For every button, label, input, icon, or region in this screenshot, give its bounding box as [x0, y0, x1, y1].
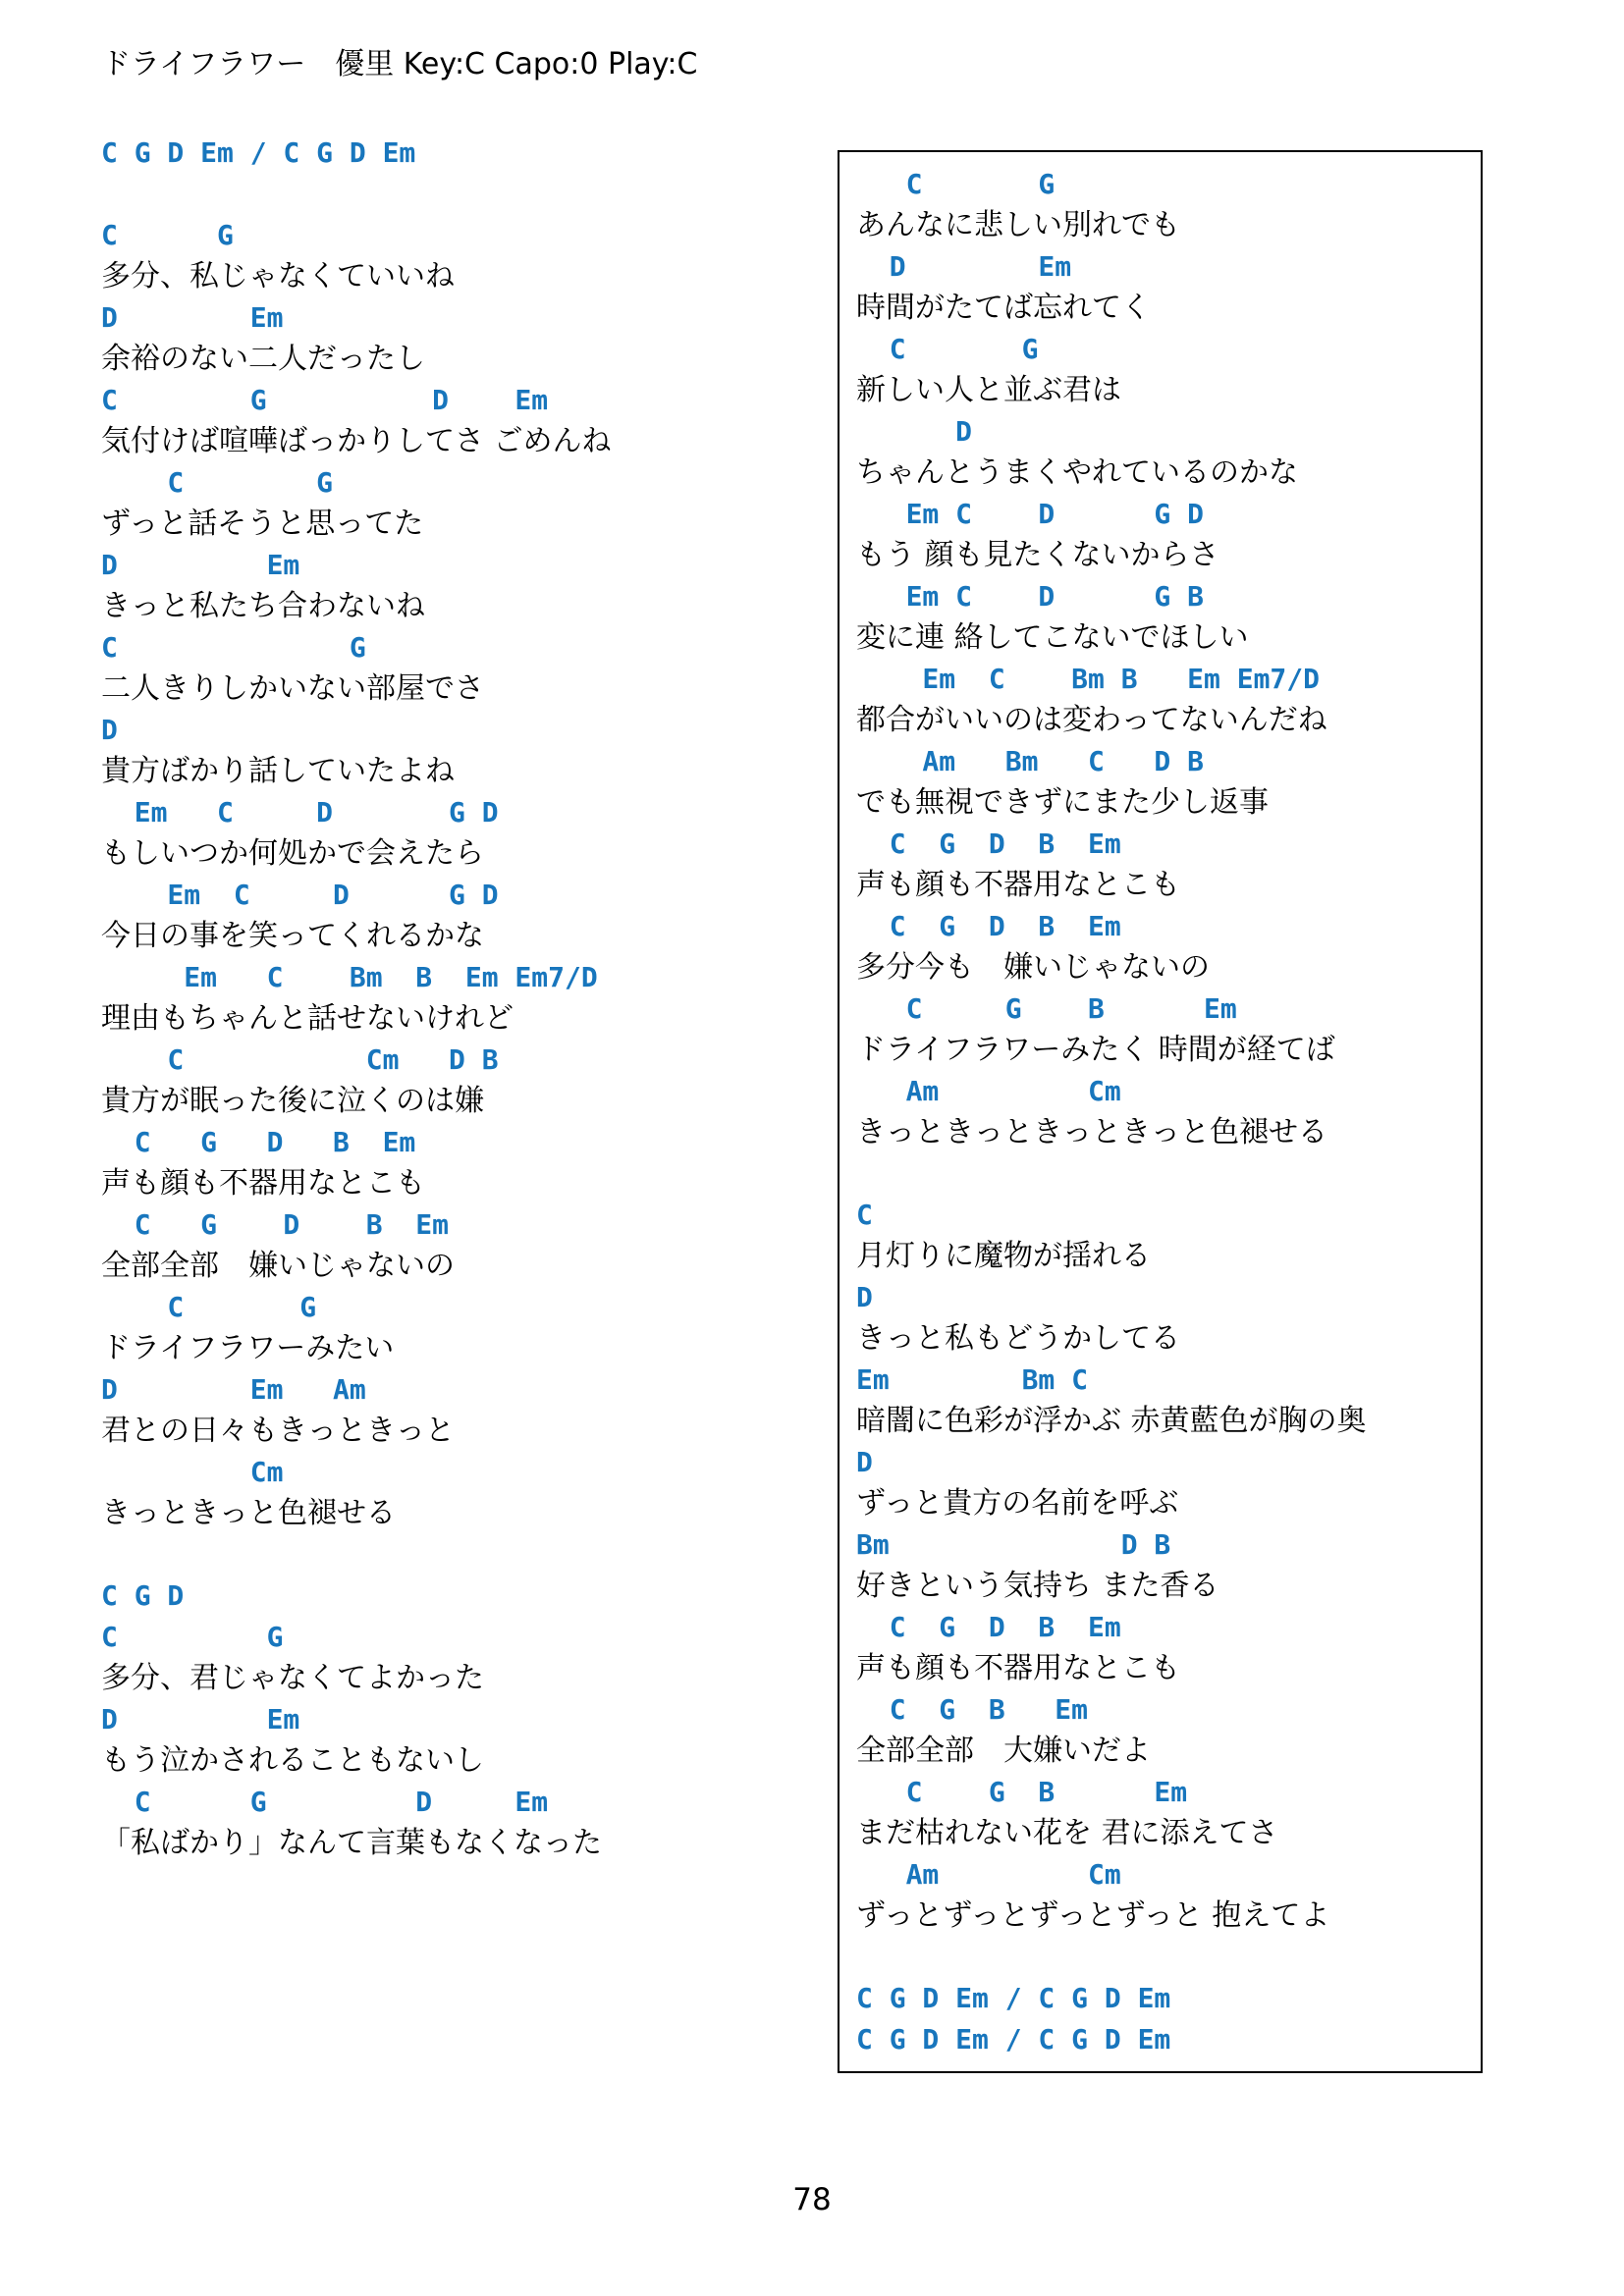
- chord-line: C G: [856, 164, 1465, 205]
- lyric-line: 「私ばかり」なんて言葉もなくなった: [101, 1823, 788, 1864]
- blank-line: [101, 1534, 788, 1575]
- lyric-line: 余裕のない二人だったし: [101, 339, 788, 380]
- lyric-line: 貴方ばかり話していたよね: [101, 751, 788, 792]
- left-column: C G D Em / C G D EmC G多分、私じゃなくていいねD Em余裕…: [101, 133, 788, 1864]
- right-column: C Gあんなに悲しい別れでも D Em時間がたてば忘れてく C G新しい人と並ぶ…: [856, 164, 1465, 2060]
- chord-line: C G D B Em: [856, 906, 1465, 947]
- lyric-line: 全部全部 大嫌いだよ: [856, 1731, 1465, 1772]
- lyric-line: ずっと貴方の名前を呼ぶ: [856, 1483, 1465, 1524]
- lyric-line: 今日の事を笑ってくれるかな: [101, 916, 788, 957]
- chord-line: D Em: [101, 1699, 788, 1740]
- lyric-line: ちゃんとうまくやれているのかな: [856, 453, 1465, 494]
- chord-line: C Cm D B: [101, 1040, 788, 1081]
- chord-line: D Em Am: [101, 1369, 788, 1411]
- lyric-line: もう泣かされることもないし: [101, 1740, 788, 1782]
- chord-line: C G D B Em: [101, 1122, 788, 1163]
- chord-line: C G D Em: [101, 1782, 788, 1823]
- lyric-line: 暗闇に色彩が浮かぶ 赤黄藍色が胸の奥: [856, 1401, 1465, 1442]
- chord-line: Em C D G D: [101, 792, 788, 833]
- chord-line: C G D B Em: [856, 1607, 1465, 1648]
- lyric-line: もしいつか何処かで会えたら: [101, 833, 788, 875]
- chord-line: D: [101, 710, 788, 751]
- lyric-line: 都合がいいのは変わってないんだね: [856, 700, 1465, 741]
- lyric-line: きっと私たち合わないね: [101, 586, 788, 627]
- chorus-box: C Gあんなに悲しい別れでも D Em時間がたてば忘れてく C G新しい人と並ぶ…: [838, 150, 1483, 2073]
- chord-line: Bm D B: [856, 1524, 1465, 1566]
- chord-line: C G: [101, 215, 788, 256]
- chord-line: C G: [101, 1617, 788, 1658]
- lyric-line: きっときっときっときっと色褪せる: [856, 1112, 1465, 1153]
- lyric-line: きっときっと色褪せる: [101, 1493, 788, 1534]
- lyric-line: 月灯りに魔物が揺れる: [856, 1236, 1465, 1277]
- chord-line: C G: [101, 462, 788, 504]
- lyric-line: ドライフラワーみたい: [101, 1328, 788, 1369]
- page-number: 78: [0, 2179, 1624, 2220]
- chord-line: C G D: [101, 1575, 788, 1617]
- chord-line: D Em: [101, 297, 788, 339]
- lyric-line: 変に連 絡してこないでほしい: [856, 617, 1465, 659]
- lyric-line: ずっと話そうと思ってた: [101, 504, 788, 545]
- lyric-line: 声も顔も不器用なとこも: [856, 1648, 1465, 1689]
- blank-line: [101, 174, 788, 215]
- lyric-line: もう 顔も見たくないからさ: [856, 535, 1465, 576]
- chord-line: C G: [856, 329, 1465, 370]
- lyric-line: 多分、君じゃなくてよかった: [101, 1658, 788, 1699]
- lyric-line: 貴方が眠った後に泣くのは嫌: [101, 1081, 788, 1122]
- chord-line: C G D Em / C G D Em: [856, 1978, 1465, 2019]
- lyric-line: 気付けば喧嘩ばっかりしてさ ごめんね: [101, 421, 788, 462]
- chord-line: Em Bm C: [856, 1360, 1465, 1401]
- chord-line: D Em: [101, 545, 788, 586]
- chord-line: D: [856, 411, 1465, 453]
- lyric-line: 君との日々もきっときっと: [101, 1411, 788, 1452]
- chord-line: Em C D G D: [101, 875, 788, 916]
- chord-line: Cm: [101, 1452, 788, 1493]
- lyric-line: まだ枯れない花を 君に添えてさ: [856, 1813, 1465, 1854]
- blank-line: [856, 1153, 1465, 1195]
- chord-line: Am Bm C D B: [856, 741, 1465, 782]
- lyric-line: でも無視できずにまた少し返事: [856, 782, 1465, 824]
- lyric-line: 多分今も 嫌いじゃないの: [856, 947, 1465, 988]
- chord-line: C G B Em: [856, 1772, 1465, 1813]
- lyric-line: ずっとずっとずっとずっと 抱えてよ: [856, 1896, 1465, 1937]
- chord-line: D Em: [856, 246, 1465, 288]
- lyric-line: 新しい人と並ぶ君は: [856, 370, 1465, 411]
- chord-line: C G D Em / C G D Em: [101, 133, 788, 174]
- lyric-line: ドライフラワーみたく 時間が経てば: [856, 1030, 1465, 1071]
- chord-line: C G: [101, 627, 788, 668]
- lyric-line: 多分、私じゃなくていいね: [101, 256, 788, 297]
- chord-line: C: [856, 1195, 1465, 1236]
- chord-line: Em C D G B: [856, 576, 1465, 617]
- lyric-line: 時間がたてば忘れてく: [856, 288, 1465, 329]
- chord-line: C G B Em: [856, 988, 1465, 1030]
- chord-line: C G D B Em: [856, 824, 1465, 865]
- lyric-line: あんなに悲しい別れでも: [856, 205, 1465, 246]
- chord-line: Am Cm: [856, 1854, 1465, 1896]
- lyric-line: 全部全部 嫌いじゃないの: [101, 1246, 788, 1287]
- page: ドライフラワー 優里 Key:C Capo:0 Play:C C G D Em …: [0, 0, 1624, 2296]
- chord-line: C G D Em: [101, 380, 788, 421]
- chord-line: Em C D G D: [856, 494, 1465, 535]
- chord-line: Em C Bm B Em Em7/D: [101, 957, 788, 998]
- chord-line: D: [856, 1277, 1465, 1318]
- lyric-line: 声も顔も不器用なとこも: [856, 865, 1465, 906]
- chord-line: Em C Bm B Em Em7/D: [856, 659, 1465, 700]
- chord-line: C G D Em / C G D Em: [856, 2019, 1465, 2060]
- chord-line: C G: [101, 1287, 788, 1328]
- chord-line: C G B Em: [856, 1689, 1465, 1731]
- lyric-line: 理由もちゃんと話せないけれど: [101, 998, 788, 1040]
- blank-line: [856, 1937, 1465, 1978]
- song-title: ドライフラワー 優里 Key:C Capo:0 Play:C: [101, 43, 697, 86]
- lyric-line: 二人きりしかいない部屋でさ: [101, 668, 788, 710]
- lyric-line: きっと私もどうかしてる: [856, 1318, 1465, 1360]
- lyric-line: 声も顔も不器用なとこも: [101, 1163, 788, 1204]
- chord-line: Am Cm: [856, 1071, 1465, 1112]
- chord-line: C G D B Em: [101, 1204, 788, 1246]
- lyric-line: 好きという気持ち また香る: [856, 1566, 1465, 1607]
- chord-line: D: [856, 1442, 1465, 1483]
